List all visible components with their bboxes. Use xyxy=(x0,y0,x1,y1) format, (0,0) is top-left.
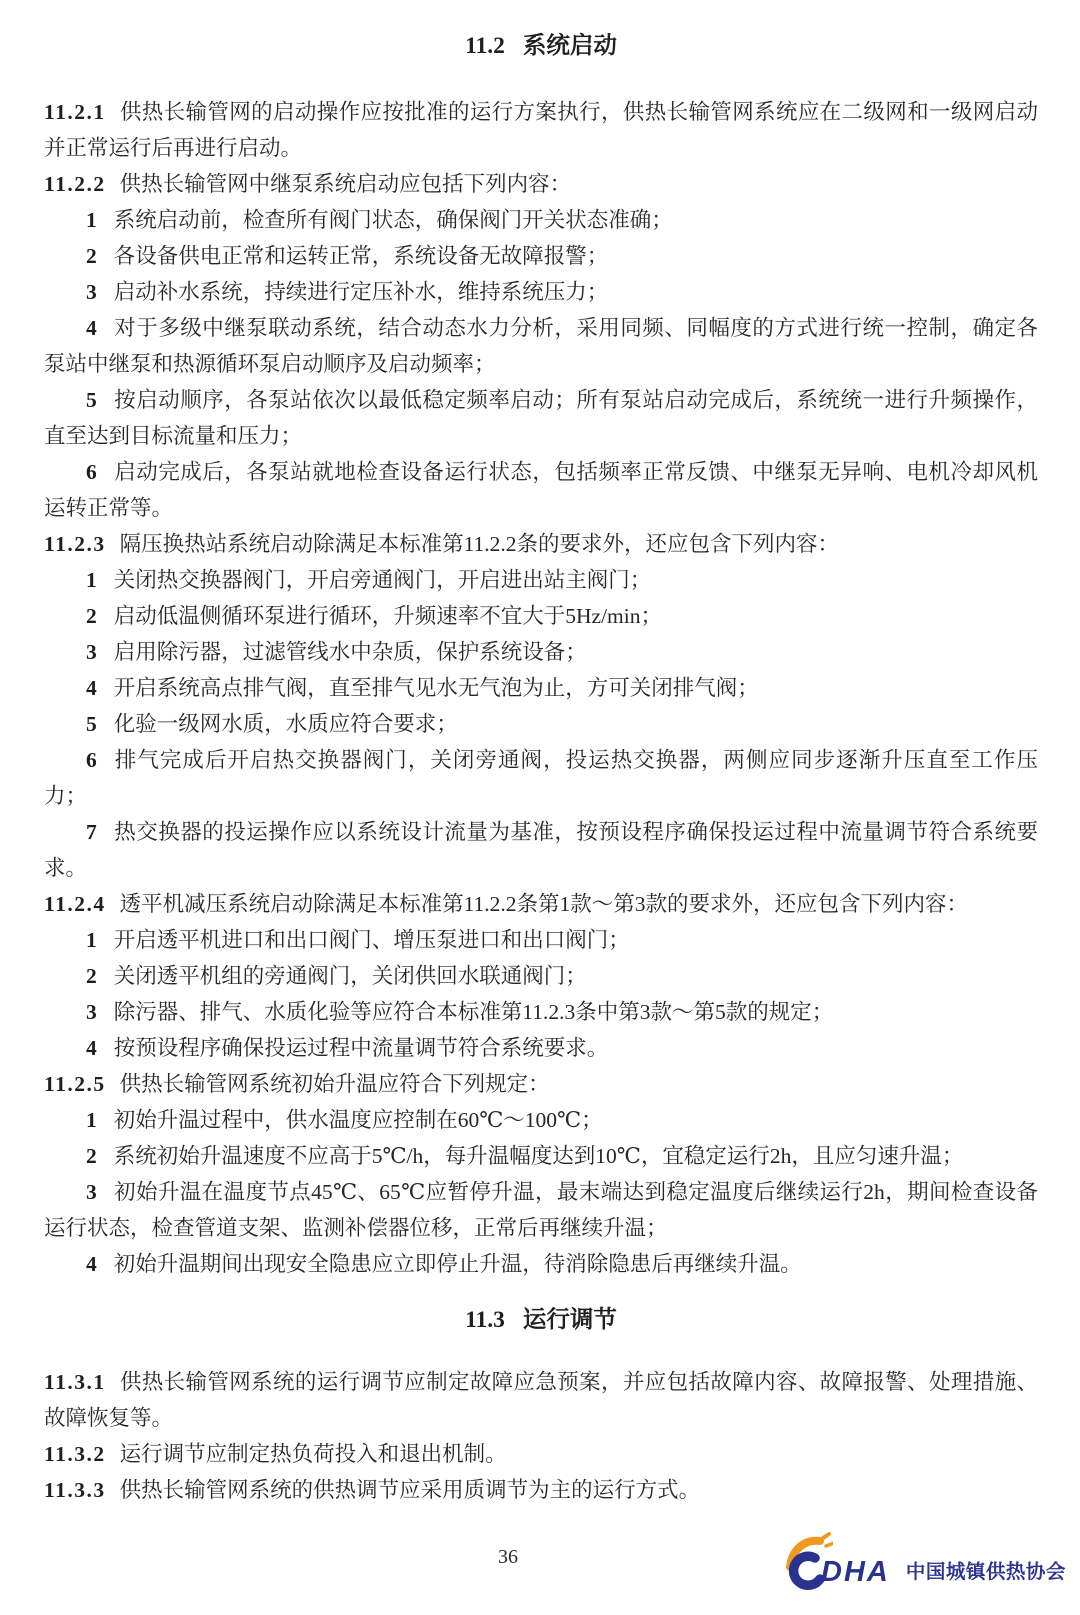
list-item: 5按启动顺序，各泵站依次以最低稳定频率启动；所有泵站启动完成后，系统统一进行升频… xyxy=(44,382,1038,454)
item-text: 关闭透平机组的旁通阀门，关闭供回水联通阀门； xyxy=(114,964,587,988)
document-page: 11.2系统启动11.2.1供热长输管网的启动操作应按批准的运行方案执行，供热长… xyxy=(0,0,1080,1615)
list-item: 3初始升温在温度节点45℃、65℃应暂停升温，最末端达到稳定温度后继续运行2h，… xyxy=(44,1174,1038,1246)
item-text: 初始升温在温度节点45℃、65℃应暂停升温，最末端达到稳定温度后继续运行2h，期… xyxy=(44,1180,1038,1240)
item-text: 按启动顺序，各泵站依次以最低稳定频率启动；所有泵站启动完成后，系统统一进行升频操… xyxy=(44,388,1038,448)
item-number: 6 xyxy=(86,748,97,772)
list-item: 2各设备供电正常和运转正常，系统设备无故障报警； xyxy=(44,238,1038,274)
list-item: 4初始升温期间出现安全隐患应立即停止升温，待消除隐患后再继续升温。 xyxy=(44,1246,1038,1282)
clause-paragraph: 11.2.2供热长输管网中继泵系统启动应包括下列内容： xyxy=(44,166,1038,202)
item-text: 初始升温过程中，供水温度应控制在60℃～100℃； xyxy=(114,1108,603,1132)
item-number: 5 xyxy=(86,388,97,412)
item-text: 按预设程序确保投运过程中流量调节符合系统要求。 xyxy=(114,1036,609,1060)
clause-number: 11.2.5 xyxy=(44,1072,106,1096)
clause-text: 透平机减压系统启动除满足本标准第11.2.2条第1款～第3款的要求外，还应包含下… xyxy=(120,892,968,916)
list-item: 2关闭透平机组的旁通阀门，关闭供回水联通阀门； xyxy=(44,958,1038,994)
section-heading: 11.2系统启动 xyxy=(44,28,1038,64)
item-number: 1 xyxy=(86,928,97,952)
section-title: 运行调节 xyxy=(523,1307,617,1333)
item-number: 3 xyxy=(86,280,97,304)
item-number: 3 xyxy=(86,1000,97,1024)
clause-text: 供热长输管网系统的供热调节应采用质调节为主的运行方式。 xyxy=(120,1478,701,1502)
list-item: 1关闭热交换器阀门，开启旁通阀门，开启进出站主阀门； xyxy=(44,562,1038,598)
section-number: 11.3 xyxy=(465,1307,505,1333)
item-text: 化验一级网水质，水质应符合要求； xyxy=(114,712,458,736)
item-number: 1 xyxy=(86,208,97,232)
item-text: 启动补水系统，持续进行定压补水，维持系统压力； xyxy=(114,280,609,304)
clause-number: 11.2.2 xyxy=(44,172,106,196)
logo-org-name: 中国城镇供热协会 xyxy=(906,1556,1066,1584)
list-item: 1开启透平机进口和出口阀门、增压泵进口和出口阀门； xyxy=(44,922,1038,958)
list-item: 4对于多级中继泵联动系统，结合动态水力分析，采用同频、同幅度的方式进行统一控制，… xyxy=(44,310,1038,382)
item-text: 开启系统高点排气阀，直至排气见水无气泡为止，方可关闭排气阀； xyxy=(114,676,759,700)
clause-text: 运行调节应制定热负荷投入和退出机制。 xyxy=(120,1442,507,1466)
item-number: 4 xyxy=(86,676,97,700)
clause-paragraph: 11.3.2运行调节应制定热负荷投入和退出机制。 xyxy=(44,1436,1038,1472)
logo-acronym: DHA xyxy=(821,1556,890,1589)
item-number: 1 xyxy=(86,1108,97,1132)
section-title: 系统启动 xyxy=(523,33,617,59)
clause-text: 供热长输管网系统的运行调节应制定故障应急预案，并应包括故障内容、故障报警、处理措… xyxy=(44,1370,1038,1430)
cdha-logo: DHA 中国城镇供热协会 xyxy=(785,1531,1066,1591)
list-item: 2系统初始升温速度不应高于5℃/h，每升温幅度达到10℃，宜稳定运行2h，且应匀… xyxy=(44,1138,1038,1174)
list-item: 1系统启动前，检查所有阀门状态，确保阀门开关状态准确； xyxy=(44,202,1038,238)
clause-text: 供热长输管网系统初始升温应符合下列规定： xyxy=(120,1072,550,1096)
clause-number: 11.2.1 xyxy=(44,100,106,124)
list-item: 3启用除污器，过滤管线水中杂质，保护系统设备； xyxy=(44,634,1038,670)
section-heading: 11.3运行调节 xyxy=(44,1302,1038,1338)
item-text: 启动低温侧循环泵进行循环，升频速率不宜大于5Hz/min； xyxy=(114,604,662,628)
section-number: 11.2 xyxy=(465,33,505,59)
clause-paragraph: 11.2.4透平机减压系统启动除满足本标准第11.2.2条第1款～第3款的要求外… xyxy=(44,886,1038,922)
clause-paragraph: 11.3.3供热长输管网系统的供热调节应采用质调节为主的运行方式。 xyxy=(44,1472,1038,1508)
list-item: 5化验一级网水质，水质应符合要求； xyxy=(44,706,1038,742)
clause-paragraph: 11.2.5供热长输管网系统初始升温应符合下列规定： xyxy=(44,1066,1038,1102)
clause-number: 11.2.4 xyxy=(44,892,106,916)
item-text: 启动完成后，各泵站就地检查设备运行状态，包括频率正常反馈、中继泵无异响、电机冷却… xyxy=(44,460,1038,520)
item-text: 初始升温期间出现安全隐患应立即停止升温，待消除隐患后再继续升温。 xyxy=(114,1252,802,1276)
item-text: 对于多级中继泵联动系统，结合动态水力分析，采用同频、同幅度的方式进行统一控制，确… xyxy=(44,316,1038,376)
list-item: 4开启系统高点排气阀，直至排气见水无气泡为止，方可关闭排气阀； xyxy=(44,670,1038,706)
item-number: 1 xyxy=(86,568,97,592)
clause-text: 隔压换热站系统启动除满足本标准第11.2.2条的要求外，还应包含下列内容： xyxy=(120,532,839,556)
list-item: 2启动低温侧循环泵进行循环，升频速率不宜大于5Hz/min； xyxy=(44,598,1038,634)
item-text: 排气完成后开启热交换器阀门，关闭旁通阀，投运热交换器，两侧应同步逐渐升压直至工作… xyxy=(44,748,1038,808)
clause-paragraph: 11.2.3隔压换热站系统启动除满足本标准第11.2.2条的要求外，还应包含下列… xyxy=(44,526,1038,562)
clause-text: 供热长输管网的启动操作应按批准的运行方案执行，供热长输管网系统应在二级网和一级网… xyxy=(44,100,1038,160)
clause-paragraph: 11.2.1供热长输管网的启动操作应按批准的运行方案执行，供热长输管网系统应在二… xyxy=(44,94,1038,166)
item-text: 热交换器的投运操作应以系统设计流量为基准，按预设程序确保投运过程中流量调节符合系… xyxy=(44,820,1038,880)
item-number: 6 xyxy=(86,460,97,484)
list-item: 6排气完成后开启热交换器阀门，关闭旁通阀，投运热交换器，两侧应同步逐渐升压直至工… xyxy=(44,742,1038,814)
item-text: 各设备供电正常和运转正常，系统设备无故障报警； xyxy=(114,244,609,268)
list-item: 3除污器、排气、水质化验等应符合本标准第11.2.3条中第3款～第5款的规定； xyxy=(44,994,1038,1030)
item-number: 2 xyxy=(86,964,97,988)
clause-paragraph: 11.3.1供热长输管网系统的运行调节应制定故障应急预案，并应包括故障内容、故障… xyxy=(44,1364,1038,1436)
list-item: 7热交换器的投运操作应以系统设计流量为基准，按预设程序确保投运过程中流量调节符合… xyxy=(44,814,1038,886)
document-body: 11.2系统启动11.2.1供热长输管网的启动操作应按批准的运行方案执行，供热长… xyxy=(44,26,1038,1508)
item-number: 2 xyxy=(86,244,97,268)
item-text: 关闭热交换器阀门，开启旁通阀门，开启进出站主阀门； xyxy=(114,568,652,592)
item-number: 2 xyxy=(86,1144,97,1168)
item-text: 系统启动前，检查所有阀门状态，确保阀门开关状态准确； xyxy=(114,208,673,232)
clause-number: 11.3.2 xyxy=(44,1442,106,1466)
clause-number: 11.2.3 xyxy=(44,532,106,556)
clause-number: 11.3.1 xyxy=(44,1370,106,1394)
item-number: 2 xyxy=(86,604,97,628)
item-number: 4 xyxy=(86,1252,97,1276)
item-text: 开启透平机进口和出口阀门、增压泵进口和出口阀门； xyxy=(114,928,630,952)
item-text: 系统初始升温速度不应高于5℃/h，每升温幅度达到10℃，宜稳定运行2h，且应匀速… xyxy=(114,1144,964,1168)
list-item: 4按预设程序确保投运过程中流量调节符合系统要求。 xyxy=(44,1030,1038,1066)
item-number: 4 xyxy=(86,1036,97,1060)
item-number: 4 xyxy=(86,316,97,340)
clause-number: 11.3.3 xyxy=(44,1478,106,1502)
item-number: 3 xyxy=(86,1180,97,1204)
list-item: 3启动补水系统，持续进行定压补水，维持系统压力； xyxy=(44,274,1038,310)
list-item: 1初始升温过程中，供水温度应控制在60℃～100℃； xyxy=(44,1102,1038,1138)
item-number: 3 xyxy=(86,640,97,664)
list-item: 6启动完成后，各泵站就地检查设备运行状态，包括频率正常反馈、中继泵无异响、电机冷… xyxy=(44,454,1038,526)
clause-text: 供热长输管网中继泵系统启动应包括下列内容： xyxy=(120,172,572,196)
item-number: 7 xyxy=(86,820,97,844)
item-text: 除污器、排气、水质化验等应符合本标准第11.2.3条中第3款～第5款的规定； xyxy=(114,1000,833,1024)
item-text: 启用除污器，过滤管线水中杂质，保护系统设备； xyxy=(114,640,587,664)
item-number: 5 xyxy=(86,712,97,736)
